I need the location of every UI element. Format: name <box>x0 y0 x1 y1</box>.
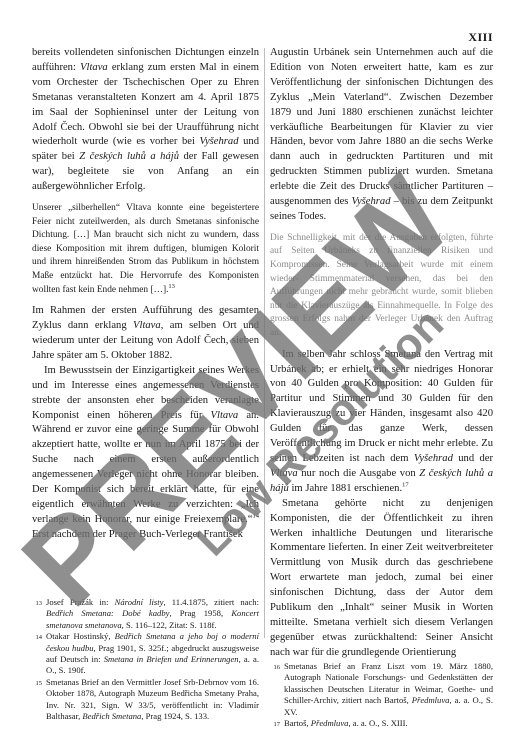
paragraph: Im Rahmen der ersten Aufführung des gesa… <box>32 304 259 364</box>
left-column: bereits vollendeten sinfonischen Dichtun… <box>32 46 259 543</box>
right-column: Augustin Urbánek sein Unternehmen auch a… <box>270 46 493 661</box>
footnote-ref: 14 <box>253 512 260 519</box>
paragraph: bereits vollendeten sinfonischen Dichtun… <box>32 46 259 195</box>
column-divider <box>264 48 265 638</box>
footnotes-right: 16 Smetanas Brief an Franz Liszt vom 19.… <box>270 661 493 730</box>
paragraph: Augustin Urbánek sein Unternehmen auch a… <box>270 46 493 225</box>
paragraph: Smetana gehörte nicht zu denjenigen Komp… <box>270 497 493 661</box>
footnote: 17 Bartoš, Předmluva, a. a. O., S. XIII. <box>270 718 493 730</box>
paragraph: Im selben Jahr schloss Smetana den Vertr… <box>270 348 493 497</box>
footnote-ref: 17 <box>402 481 409 488</box>
footnote-ref: 13 <box>168 283 175 290</box>
footnote: 15 Smetanas Brief an den Vermittler Jose… <box>32 677 259 723</box>
footnote: 16 Smetanas Brief an Franz Liszt vom 19.… <box>270 661 493 718</box>
footnote: 13 Josef Pražák in: Národní listy, 11.4.… <box>32 597 259 631</box>
block-quote: Unserer „silberhellen“ Vltava konnte ein… <box>32 202 259 297</box>
paragraph: Im Bewusstsein der Einzigartigkeit seine… <box>32 364 259 543</box>
block-quote: Die Schnelligkeit, mit der die Ausgaben … <box>270 232 493 341</box>
page-number: XIII <box>468 30 493 45</box>
footnotes-left: 13 Josef Pražák in: Národní listy, 11.4.… <box>32 597 259 722</box>
footnote: 14 Otakar Hostinský, Bedřich Smetana a j… <box>32 631 259 677</box>
